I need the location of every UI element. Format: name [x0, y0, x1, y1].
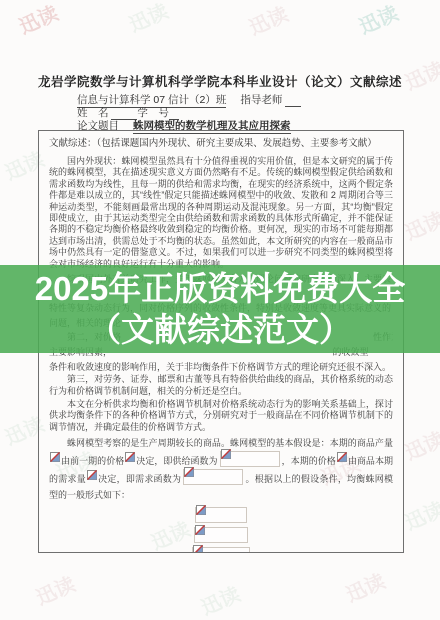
watermark-glyph: 迅读 — [400, 423, 440, 466]
watermark-glyph: 迅读 — [400, 493, 440, 536]
broken-image-icon — [184, 467, 194, 477]
paragraph-model-assumptions: 蛛网模型考察的是生产周期较长的商品。蛛网模型的基本假设是：本期的商品产量由前一期… — [49, 435, 393, 503]
review-heading: 文献综述：（包括课题国内外现状、研究主要成果、发展趋势、主要参考文献） — [49, 137, 393, 150]
formula-text: ，本期的价格 — [282, 456, 336, 466]
watermark-glyph: 迅读 — [400, 203, 440, 246]
formula-text: 决定，即需求函数为 — [98, 474, 181, 484]
formula-image-placeholder — [220, 451, 280, 467]
advisor-label: 指导老师 — [240, 94, 282, 106]
formula-image-placeholder — [192, 547, 250, 553]
broken-image-icon — [337, 452, 347, 462]
broken-image-icon — [87, 470, 97, 480]
advisor-blank-field — [285, 96, 301, 107]
formula-text: 蛛网模型考察的是生产周期较长的商品。蛛网模型的基本假设是：本期的商品产量 — [67, 438, 393, 448]
watermark-glyph: 迅读 — [244, 0, 292, 41]
watermark-glyph: 迅读 — [14, 0, 62, 40]
document-page: 迅读 迅读 迅读 迅读 迅读 迅读 迅读 迅读 迅读 迅读 迅读 迅读 迅读 迅… — [0, 0, 440, 620]
formula-text: 决定，即供给函数为 — [136, 456, 217, 466]
broken-image-icon — [196, 505, 206, 515]
broken-image-icon — [195, 525, 205, 535]
formula-image-placeholder — [195, 507, 247, 523]
document-title: 龙岩学院数学与计算机科学学院本科毕业设计（论文）文献综述 — [0, 72, 440, 90]
paragraph-domestic-status: 国内外现状：蛛网模型虽然具有十分值得重视的实用价值，但是本文研究的属于传统的蛛网… — [49, 156, 393, 270]
formula-placeholder-stack — [49, 507, 393, 553]
promo-overlay-banner: 2025年正版资料免费大全 （文献综述范文） — [0, 265, 440, 353]
paragraph-approach: 本文在分析供求均衡和价格调节机制对价格系统动态行为的影响关系基础上，探讨供求均衡… — [49, 399, 393, 433]
watermark-glyph: 迅读 — [354, 0, 402, 40]
paragraph-third-point: 第三，对劳务、证券、邮票和古董等具有特俗供给曲线的商品，其价格系统的动态行为和价… — [49, 374, 393, 397]
obscured-line: 条件和收敛速度的影响作用，关于非均衡条件下价格调节方式的理论研究还很不深入。 — [49, 360, 393, 375]
watermark-glyph: 迅读 — [341, 565, 389, 608]
watermark-glyph: 迅读 — [31, 568, 79, 611]
watermark-glyph: 迅读 — [196, 578, 244, 620]
broken-image-icon — [221, 449, 231, 459]
banner-subtitle-line: （文献综述范文） — [0, 309, 440, 350]
broken-image-icon — [125, 452, 135, 462]
formula-text: 由前一期的价格 — [61, 456, 124, 466]
banner-title-line: 2025年正版资料免费大全 — [0, 268, 440, 309]
formula-image-placeholder — [183, 469, 243, 485]
broken-image-icon — [193, 545, 203, 553]
broken-image-icon — [50, 452, 60, 462]
formula-image-placeholder — [194, 527, 248, 543]
watermark-glyph: 迅读 — [124, 0, 172, 38]
